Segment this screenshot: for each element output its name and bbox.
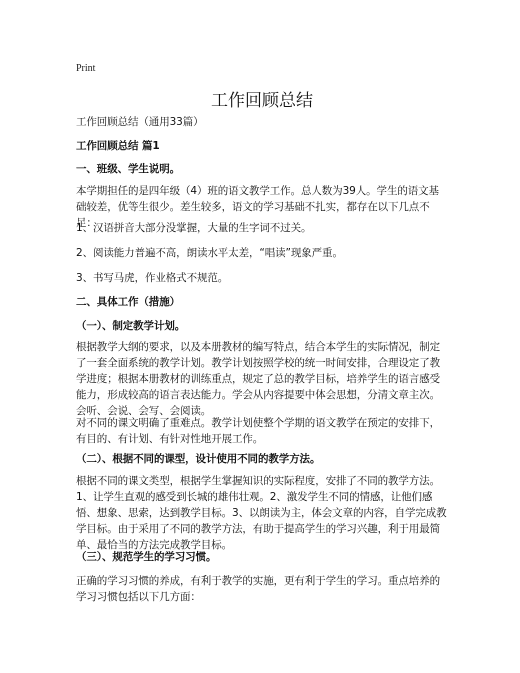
section-heading: 一、班级、学生说明。 (76, 161, 448, 177)
subsection-heading: （二）、根据不同的课型，设计使用不同的教学方法。 (76, 451, 448, 467)
paragraph: 对不同的课文明确了重难点。教学计划使整个学期的语文教学在预定的安排下，有目的、有… (76, 415, 448, 447)
page-title: 工作回顾总结 (76, 86, 448, 111)
list-item: 2、阅读能力普遍不高，朗读水平太差，“唱读”现象严重。 (76, 245, 448, 261)
paragraph: 正确的学习习惯的养成，有利于教学的实施，更有利于学生的学习。重点培养的学习习惯包… (76, 573, 448, 605)
subsection-heading: （三）、规范学生的学习习惯。 (76, 549, 448, 565)
subsection-heading: （一）、制定教学计划。 (76, 318, 448, 334)
list-item: 1、汉语拼音大部分没掌握，大量的生字词不过关。 (76, 220, 448, 236)
list-item: 3、书写马虎，作业格式不规范。 (76, 270, 448, 286)
section-heading: 二、具体工作（措施） (76, 294, 448, 310)
print-link[interactable]: Print (76, 63, 95, 74)
paragraph: 根据教学大纲的要求，以及本册教材的编写特点，结合本学生的实际情况，制定了一套全面… (76, 339, 448, 419)
article-heading: 工作回顾总结 篇1 (76, 138, 448, 154)
paragraph: 根据不同的课文类型，根据学生掌握知识的实际程度，安排了不同的教学方法。1、让学生… (76, 473, 448, 553)
subtitle: 工作回顾总结（通用33篇） (76, 114, 448, 130)
